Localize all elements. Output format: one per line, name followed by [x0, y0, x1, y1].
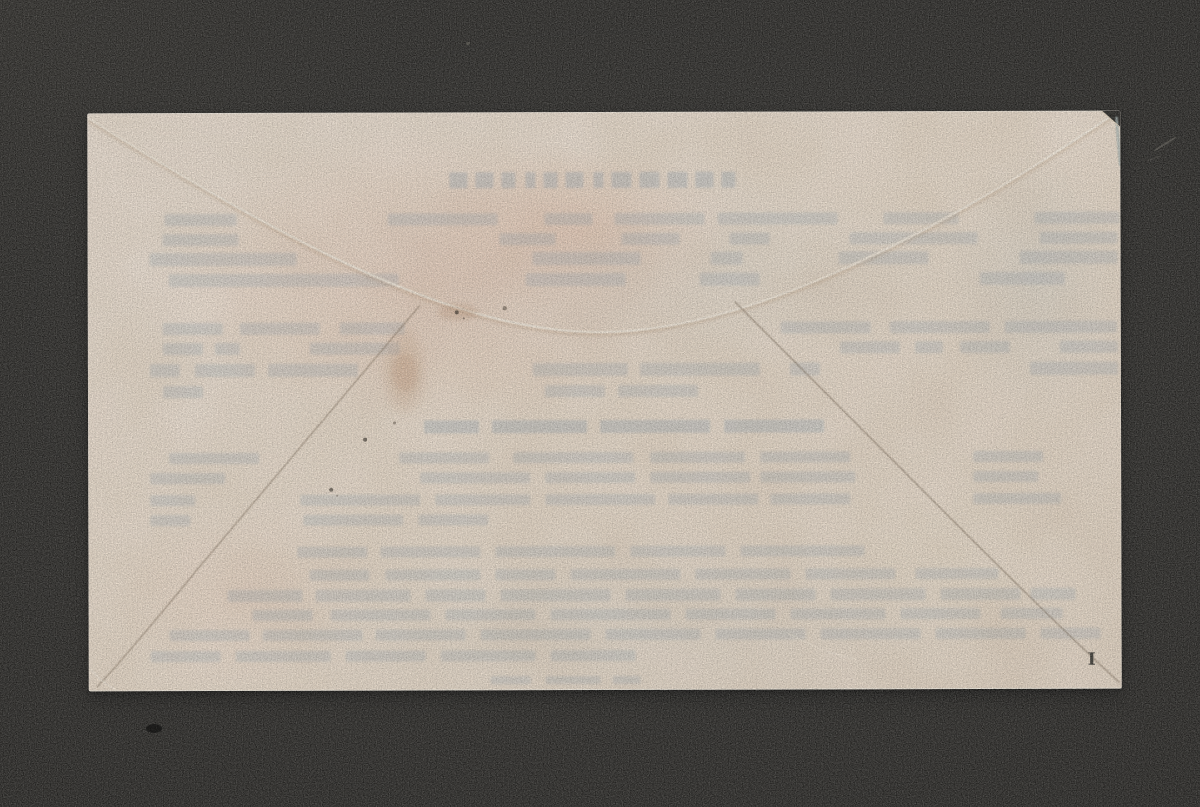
- top-flap-crease: [87, 112, 1118, 334]
- photo-background: I: [0, 0, 1200, 807]
- left-flap-edge: [96, 305, 421, 687]
- background-dust: [1154, 136, 1177, 151]
- background-dust: [146, 724, 162, 733]
- minor-crease: [789, 633, 857, 659]
- background-dust: [466, 42, 470, 45]
- envelope-creases: [87, 111, 1122, 692]
- top-flap-crease-shadow: [87, 114, 1118, 336]
- right-flap-edge: [735, 301, 1120, 684]
- background-dust: [1146, 155, 1161, 162]
- printer-mark: I: [1082, 652, 1102, 669]
- envelope-back: I: [87, 111, 1122, 692]
